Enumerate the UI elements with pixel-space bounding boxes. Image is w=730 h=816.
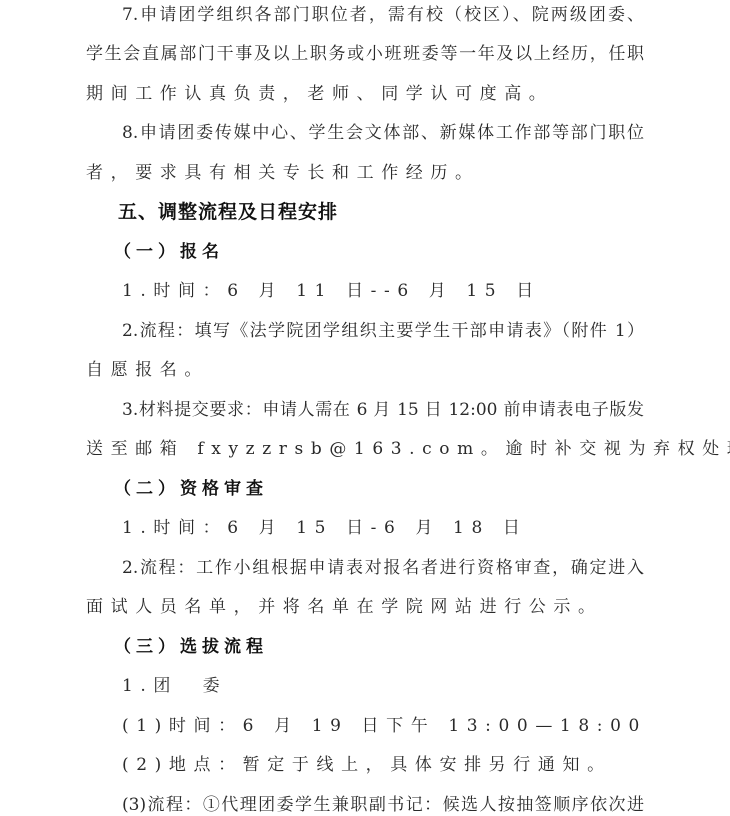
paragraph-7-line-1: 7.申请团学组织各部门职位者，需有校（校区）、院两级团委、 — [122, 1, 644, 29]
subsection-heading-selection-process: （三）选拔流程 — [114, 633, 268, 661]
selection-league-committee: 1.团 委 — [122, 672, 227, 700]
registration-process-line-2: 自愿报名。 — [86, 356, 209, 384]
paragraph-7-line-3: 期间工作认真负责，老师、同学认可度高。 — [86, 80, 553, 108]
registration-process-line-1: 2.流程：填写《法学院团学组织主要学生干部申请表》（附件 1） — [122, 317, 644, 345]
registration-time: 1.时间：6 月 11 日--6 月 15 日 — [122, 277, 541, 305]
subsection-heading-registration: （一）报名 — [114, 238, 224, 266]
paragraph-8-line-1: 8.申请团委传媒中心、学生会文体部、新媒体工作部等部门职位 — [122, 119, 644, 147]
submission-requirements-line-2: 送至邮箱 fxyzzrsb@163.com。逾时补交视为弃权处理。 — [86, 435, 730, 463]
submission-requirements-line-1: 3.材料提交要求：申请人需在 6 月 15 日 12:00 前申请表电子版发 — [122, 396, 644, 424]
paragraph-7-line-2: 学生会直属部门干事及以上职务或小班班委等一年及以上经历，任职 — [86, 40, 644, 68]
paragraph-8-line-2: 者，要求具有相关专长和工作经历。 — [86, 159, 480, 187]
review-time: 1.时间：6 月 15 日-6 月 18 日 — [122, 514, 527, 542]
review-process-line-1: 2.流程：工作小组根据申请表对报名者进行资格审查，确定进入 — [122, 554, 644, 582]
subsection-heading-qualification-review: （二）资格审查 — [114, 475, 268, 503]
selection-process-line-1: (3)流程：①代理团委学生兼职副书记：候选人按抽签顺序依次进 — [122, 791, 644, 816]
selection-location: (2)地点：暂定于线上，具体安排另行通知。 — [122, 751, 612, 779]
selection-time: (1)时间：6 月 19 日下午 13:00—18:00 — [122, 712, 647, 740]
section-heading-5: 五、调整流程及日程安排 — [118, 197, 338, 227]
review-process-line-2: 面试人员名单，并将名单在学院网站进行公示。 — [86, 593, 603, 621]
